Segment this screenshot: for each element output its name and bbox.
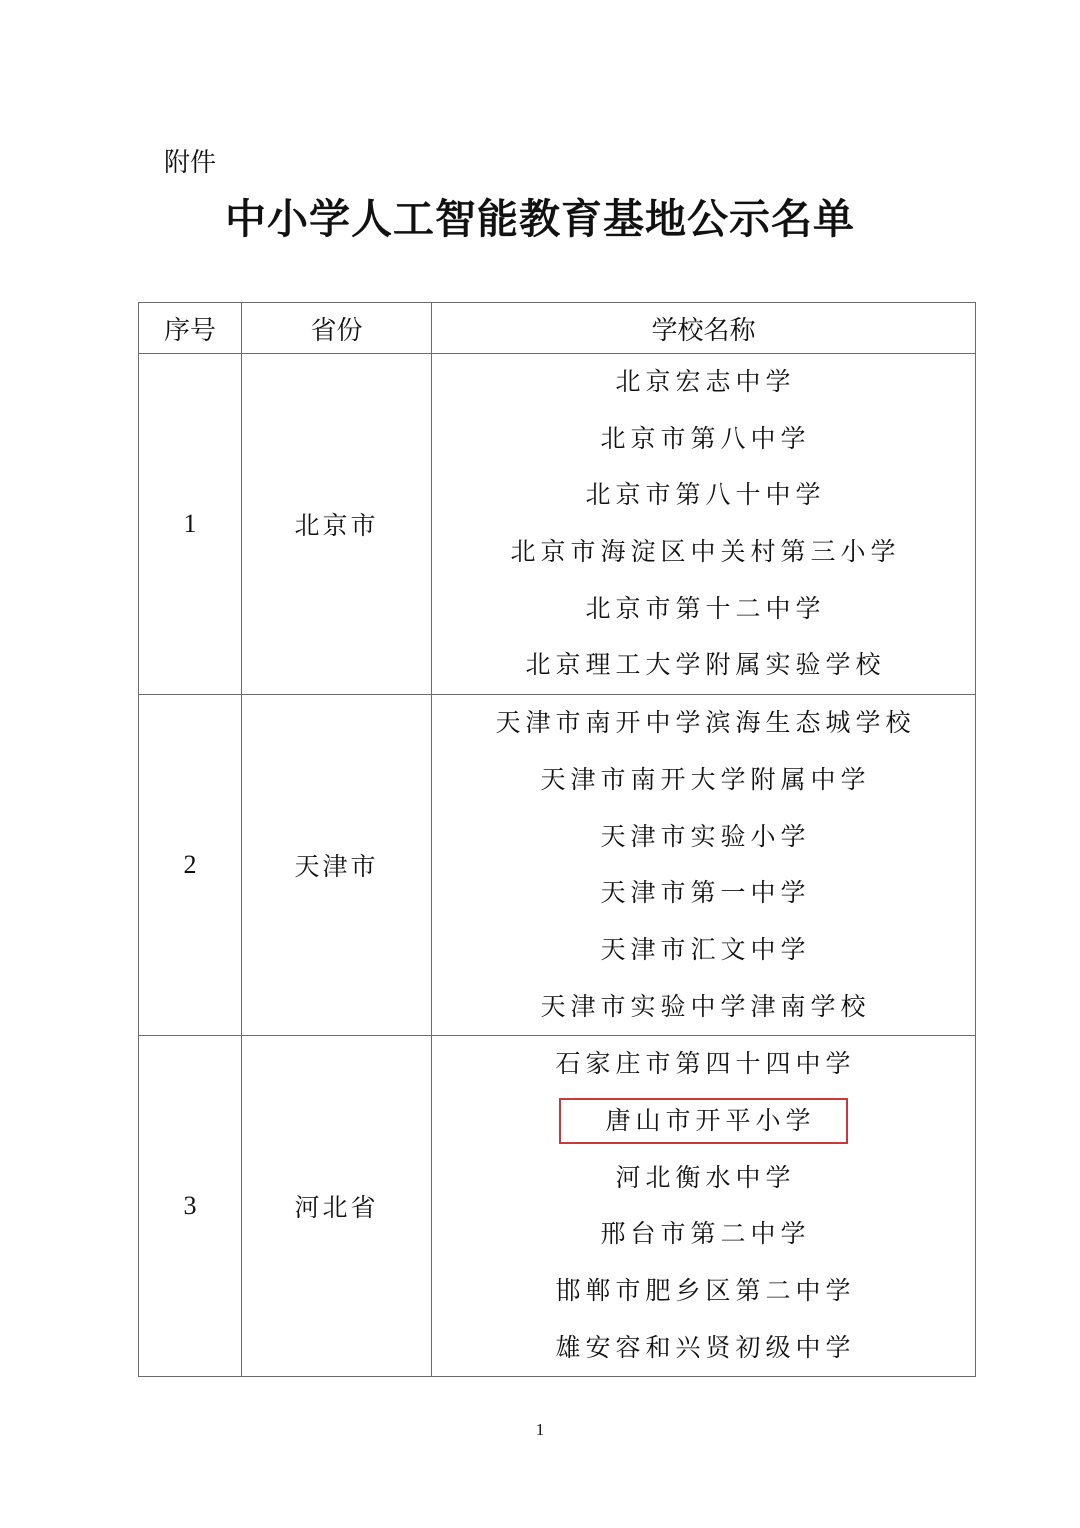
school-item: 邢台市第二中学 [432, 1206, 975, 1263]
school-item: 天津市汇文中学 [432, 922, 975, 979]
province-cell: 天津市 [242, 695, 432, 1036]
header-province: 省份 [242, 303, 432, 354]
school-item: 北京理工大学附属实验学校 [432, 637, 975, 694]
school-item: 北京宏志中学 [432, 354, 975, 411]
school-item: 天津市南开大学附属中学 [432, 752, 975, 809]
school-item: 邯郸市肥乡区第二中学 [432, 1263, 975, 1320]
school-item: 天津市南开中学滨海生态城学校 [432, 695, 975, 752]
school-item-highlighted: 唐山市开平小学 [432, 1093, 975, 1150]
school-item: 天津市实验中学津南学校 [432, 979, 975, 1036]
schools-cell: 石家庄市第四十四中学 唐山市开平小学 河北衡水中学 邢台市第二中学 邯郸市肥乡区… [432, 1036, 976, 1377]
school-item: 北京市第十二中学 [432, 581, 975, 638]
header-school-name: 学校名称 [432, 303, 976, 354]
schools-cell: 天津市南开中学滨海生态城学校 天津市南开大学附属中学 天津市实验小学 天津市第一… [432, 695, 976, 1036]
schools-cell: 北京宏志中学 北京市第八中学 北京市第八十中学 北京市海淀区中关村第三小学 北京… [432, 354, 976, 695]
school-item: 天津市实验小学 [432, 809, 975, 866]
school-list-table: 序号 省份 学校名称 1 北京市 北京宏志中学 北京市第八中学 北京市第八十中学… [138, 302, 976, 1377]
attachment-label: 附件 [164, 142, 216, 179]
school-item: 天津市第一中学 [432, 865, 975, 922]
seq-cell: 3 [139, 1036, 242, 1377]
document-title: 中小学人工智能教育基地公示名单 [0, 186, 1080, 245]
table-row: 1 北京市 北京宏志中学 北京市第八中学 北京市第八十中学 北京市海淀区中关村第… [139, 354, 976, 695]
table-row: 3 河北省 石家庄市第四十四中学 唐山市开平小学 河北衡水中学 邢台市第二中学 … [139, 1036, 976, 1377]
seq-cell: 1 [139, 354, 242, 695]
school-item: 北京市第八中学 [432, 411, 975, 468]
table-header-row: 序号 省份 学校名称 [139, 303, 976, 354]
table-row: 2 天津市 天津市南开中学滨海生态城学校 天津市南开大学附属中学 天津市实验小学… [139, 695, 976, 1036]
school-item: 雄安容和兴贤初级中学 [432, 1320, 975, 1377]
province-cell: 河北省 [242, 1036, 432, 1377]
seq-cell: 2 [139, 695, 242, 1036]
header-seq: 序号 [139, 303, 242, 354]
page-number: 1 [0, 1420, 1080, 1440]
school-item: 石家庄市第四十四中学 [432, 1036, 975, 1093]
school-item: 北京市第八十中学 [432, 467, 975, 524]
school-item: 北京市海淀区中关村第三小学 [432, 524, 975, 581]
highlight-box: 唐山市开平小学 [559, 1098, 847, 1144]
school-item: 河北衡水中学 [432, 1150, 975, 1207]
province-cell: 北京市 [242, 354, 432, 695]
